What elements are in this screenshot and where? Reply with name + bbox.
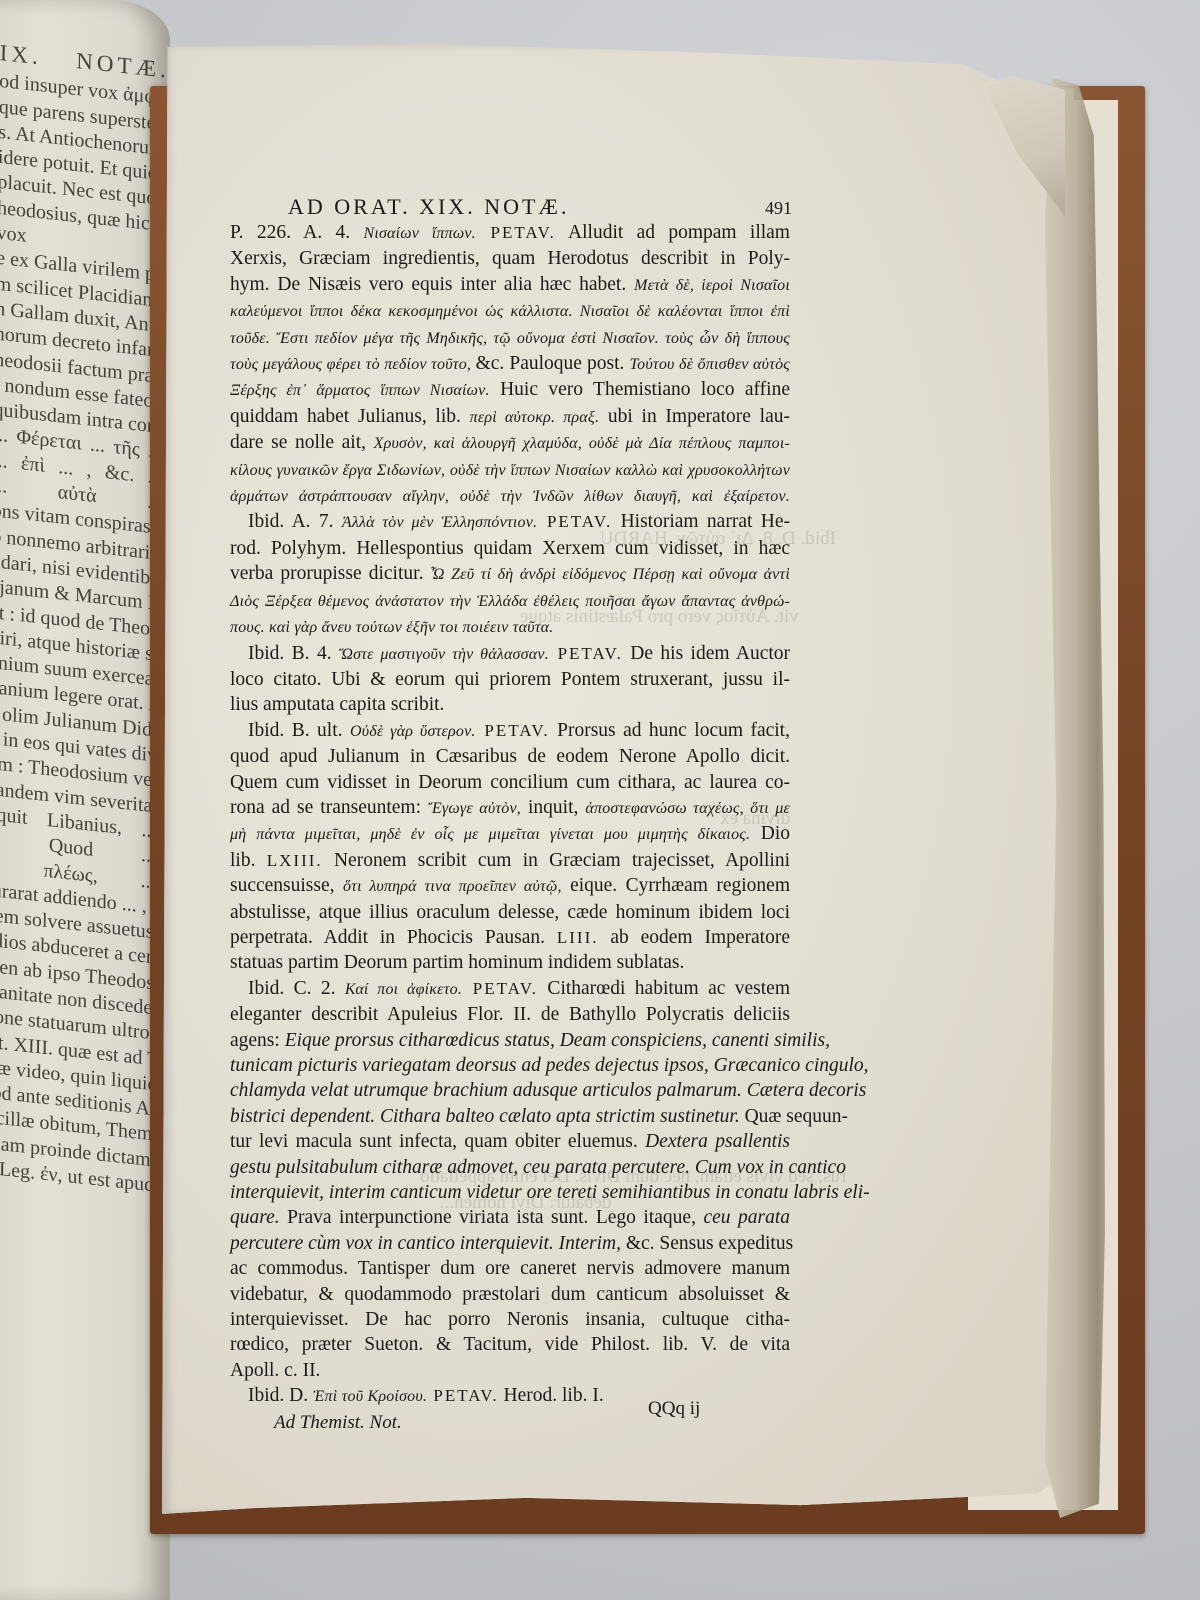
greek-quotation: Ὥστε μαστιγοῦν τὴν θάλασσαν.	[339, 646, 549, 663]
text-line: Ibid. A. 7. Ἀλλὰ τὸν μὲν Ἑλλησπόντιον. P…	[230, 509, 790, 535]
text-segment: Alludit ad pompam illam	[556, 222, 790, 243]
small-caps-text: PETAV.	[549, 644, 623, 663]
text-line: gestu pulsitabulum citharæ admovet, ceu …	[230, 1155, 790, 1180]
greek-quotation: Χρυσὸν, καὶ ἁλουργῆ χλαμύδα, οὐδὲ μὰ Δία…	[374, 435, 790, 452]
text-segment: eique. Cyrrhæam regionem	[562, 875, 790, 896]
text-line: P. 226. A. 4. Νισαίων ἵππων. PETAV. Allu…	[230, 220, 790, 246]
text-line: rœdico, præter Sueton. & Tacitum, vide P…	[230, 1332, 790, 1357]
text-line: μὴ πάντα μιμεῖται, μηδὲ ἐν οἷς με μιμεῖτ…	[230, 821, 790, 847]
text-segment: Herod. lib. I.	[499, 1385, 604, 1406]
text-segment: rœdico, præter Sueton. & Tacitum, vide P…	[230, 1334, 790, 1355]
text-segment: lib.	[230, 850, 267, 871]
text-segment: interquievit, interim canticum videtur o…	[230, 1182, 870, 1203]
text-segment: videbatur, & quodammodo præstolari dum c…	[230, 1284, 790, 1305]
book-photo-scene: IX. NOTÆ. od insuper vox ἀμφίβολονque pa…	[0, 0, 1200, 1600]
text-segment: Neronem scribit cum in Græciam trajeciss…	[323, 850, 790, 871]
text-segment: tur levi macula sunt infecta, quam obite…	[230, 1131, 645, 1152]
text-segment: Ibid. B. 4.	[248, 643, 339, 664]
text-segment: interquievisset. De hac porro Neronis in…	[230, 1309, 790, 1330]
greek-quotation: Καί ποι ἀφίκετο.	[345, 981, 462, 998]
text-segment: perpetrata. Addit in Phocicis Pausan.	[230, 927, 557, 948]
text-segment: Dextera psallentis	[645, 1131, 790, 1152]
text-segment: inquit,	[521, 797, 585, 818]
text-line: Ibid. B. 4. Ὥστε μαστιγοῦν τὴν θάλασσαν.…	[230, 641, 790, 667]
text-line: τοὺς μεγάλους φέρει τὸ πεδίον τοῦτο, &c.…	[230, 351, 790, 377]
text-segment: quare.	[230, 1207, 280, 1228]
text-line: succensuisse, ὅτι λυπηρά τινα προεῖπεν α…	[230, 873, 790, 899]
text-segment: dare se nolle ait,	[230, 432, 374, 453]
text-line: perpetrata. Addit in Phocicis Pausan. LI…	[230, 925, 790, 950]
text-line: loco citato. Ubi & eorum qui priorem Pon…	[230, 667, 790, 692]
page-number: 491	[765, 196, 792, 221]
text-segment: abstulisse, atque illius oraculum deless…	[230, 902, 790, 923]
text-segment: Prava interpunctione viriata ista sunt. …	[280, 1207, 704, 1228]
text-segment: Historiam narrat He-	[612, 511, 790, 532]
greek-quotation: μὴ πάντα μιμεῖται, μηδὲ ἐν οἷς με μιμεῖτ…	[230, 826, 750, 843]
text-segment: Citharœdi habitum ac vestem	[538, 978, 790, 999]
text-line: Ibid. C. 2. Καί ποι ἀφίκετο. PETAV. Cith…	[230, 976, 790, 1002]
greek-quotation: ὅτι λυπηρά τινα προεῖπεν αὐτῷ,	[343, 878, 562, 895]
small-caps-text: PETAV.	[476, 223, 556, 242]
left-page-lines: od insuper vox ἀμφίβολονque parens super…	[0, 69, 169, 1198]
text-line: abstulisse, atque illius oraculum deless…	[230, 900, 790, 925]
small-caps-text: PETAV.	[476, 721, 550, 740]
text-line: ἁρμάτων ἀστράπτουσαν αἴγλην, οὐδὲ τὴν Ἰν…	[230, 483, 790, 509]
greek-quotation: Τούτου δὲ ὄπισθεν αὐτὸς	[630, 356, 790, 373]
text-line: Ibid. D. Ἐπὶ τοῦ Κροίσου. PETAV. Herod. …	[230, 1383, 790, 1409]
text-segment: rod. Polyhym. Hellespontius quidam Xerxe…	[230, 538, 790, 559]
greek-quotation: Ὦ Ζεῦ τί δὴ ἀνδρὶ εἰδόμενος Πέρσῃ καὶ οὔ…	[431, 566, 790, 583]
text-line: Διὸς Ξέρξεα θέμενος ἀνάστατον τὴν Ἑλλάδα…	[230, 588, 790, 614]
text-segment: &c. Pauloque post.	[476, 353, 630, 374]
text-segment: Quem cum vidisset in Deorum concilium cu…	[230, 772, 790, 793]
text-segment: P. 226. A. 4.	[230, 222, 363, 243]
greek-quotation: καλεύμενοι ἵπποι δέκα κεκοσμημένοι ὡς κά…	[230, 303, 790, 320]
text-line: interquievit, interim canticum videtur o…	[230, 1180, 790, 1205]
text-line: percutere cùm vox in cantico interquievi…	[230, 1231, 790, 1256]
text-segment: Eique prorsus citharœdicus status, Deam …	[285, 1030, 830, 1051]
text-line: ac commodus. Tantisper dum ore caneret n…	[230, 1256, 790, 1281]
small-caps-text: PETAV.	[462, 979, 538, 998]
text-segment: agens:	[230, 1030, 285, 1051]
text-segment: eleganter describit Apuleius Flor. II. d…	[230, 1004, 790, 1025]
greek-quotation: Ἀλλὰ τὸν μὲν Ἑλλησπόντιον.	[342, 514, 537, 531]
text-segment: ceu parata	[703, 1207, 790, 1228]
text-segment: quiddam habet Julianus, lib.	[230, 406, 470, 427]
text-segment: ab eodem Imperatore	[598, 927, 790, 948]
text-line: καλεύμενοι ἵπποι δέκα κεκοσμημένοι ὡς κά…	[230, 298, 790, 324]
text-line: Quem cum vidisset in Deorum concilium cu…	[230, 770, 790, 795]
greek-quotation: τοὺς μεγάλους φέρει τὸ πεδίον τοῦτο,	[230, 356, 476, 373]
text-segment: gestu pulsitabulum citharæ admovet, ceu …	[230, 1157, 846, 1178]
text-segment: &c. Sensus expeditus	[621, 1233, 793, 1254]
text-line: statuas partim Deorum partim hominum ind…	[230, 950, 790, 975]
greek-quotation: Ξέρξης ἐπ᾽ ἅρματος ἵππων Νισαίων.	[230, 382, 490, 399]
text-line: Ibid. B. ult. Οὐδὲ γὰρ ὕστερον. PETAV. P…	[230, 718, 790, 744]
text-line: hym. De Nisæis vero equis inter alia hæc…	[230, 272, 790, 298]
text-segment: rona ad se transeuntem:	[230, 797, 428, 818]
running-title: AD ORAT. XIX. NOTÆ.	[288, 194, 569, 219]
greek-quotation: κίλους γυναικῶν ἔργα Σιδωνίων, οὐδὲ τὴν …	[230, 462, 790, 479]
text-line: τοῦδε. Ἔστι πεδίον μέγα τῆς Μηδικῆς, τῷ …	[230, 325, 790, 351]
text-line: lib. LXIII. Neronem scribit cum in Græci…	[230, 848, 790, 873]
signature-mark: QQq ij	[648, 1396, 700, 1421]
text-segment: Prorsus ad hunc locum facit,	[550, 720, 790, 741]
text-line: quod apud Julianum in Cæsaribus de eodem…	[230, 744, 790, 769]
greek-quotation: τοῦδε. Ἔστι πεδίον μέγα τῆς Μηδικῆς, τῷ …	[230, 330, 790, 347]
page-footer: Ad Themist. Not. QQq ij	[230, 1410, 790, 1436]
text-segment: Quæ sequun-	[740, 1106, 848, 1127]
text-line: Apoll. c. II.	[230, 1358, 790, 1383]
text-segment: chlamyda velat utrumque brachium adusque…	[230, 1080, 866, 1101]
text-segment: lius amputata capita scribit.	[230, 694, 444, 715]
text-segment: ubi in Imperatore lau-	[599, 406, 790, 427]
greek-quotation: Διὸς Ξέρξεα θέμενος ἀνάστατον τὴν Ἑλλάδα…	[230, 593, 790, 610]
text-segment: Ibid. C. 2.	[248, 978, 345, 999]
greek-quotation: Οὐδὲ γὰρ ὕστερον.	[350, 723, 476, 740]
small-caps-text: LIII.	[557, 928, 599, 947]
text-line: rod. Polyhym. Hellespontius quidam Xerxe…	[230, 536, 790, 561]
greek-quotation: ἁρμάτων ἀστράπτουσαν αἴγλην, οὐδὲ τὴν Ἰν…	[230, 488, 790, 505]
text-line: dare se nolle ait, Χρυσὸν, καὶ ἁλουργῆ χ…	[230, 430, 790, 456]
greek-quotation: Ἔγωγε αὐτὸν,	[428, 800, 521, 817]
greek-quotation: περὶ αὐτοκρ. πραξ.	[470, 409, 600, 426]
body-text: P. 226. A. 4. Νισαίων ἵππων. PETAV. Allu…	[230, 220, 790, 1410]
text-line: chlamyda velat utrumque brachium adusque…	[230, 1078, 790, 1103]
catchword: Ad Themist. Not.	[274, 1410, 402, 1435]
greek-quotation: πους. καὶ γὰρ ἄνευ τούτων ἐξῆν τοι ποιέε…	[230, 619, 553, 636]
small-caps-text: PETAV.	[427, 1386, 499, 1405]
text-segment: Ibid. A. 7.	[248, 511, 342, 532]
text-line: eleganter describit Apuleius Flor. II. d…	[230, 1002, 790, 1027]
text-line: Xerxis, Græciam ingredientis, quam Herod…	[230, 246, 790, 271]
text-line: Ξέρξης ἐπ᾽ ἅρματος ἵππων Νισαίων. Huic v…	[230, 377, 790, 403]
left-page-verso: IX. NOTÆ. od insuper vox ἀμφίβολονque pa…	[0, 0, 170, 1600]
greek-quotation: Μετὰ δὲ, ἱεροὶ Νισαῖοι	[634, 277, 790, 294]
text-segment: bistrici dependent. Cithara balteo cælat…	[230, 1106, 740, 1127]
text-line: bistrici dependent. Cithara balteo cælat…	[230, 1104, 790, 1129]
text-segment: loco citato. Ubi & eorum qui priorem Pon…	[230, 669, 790, 690]
text-line: κίλους γυναικῶν ἔργα Σιδωνίων, οὐδὲ τὴν …	[230, 457, 790, 483]
text-segment: ac commodus. Tantisper dum ore caneret n…	[230, 1258, 790, 1279]
text-segment: statuas partim Deorum partim hominum ind…	[230, 952, 684, 973]
greek-quotation: ἀποστεφανώσω ταχέως, ὅτι με	[585, 800, 790, 817]
greek-quotation: Ἐπὶ τοῦ Κροίσου.	[313, 1388, 427, 1405]
text-segment: Ibid. D.	[248, 1385, 313, 1406]
text-segment: quod apud Julianum in Cæsaribus de eodem…	[230, 746, 790, 767]
text-line: quare. Prava interpunctione viriata ista…	[230, 1205, 790, 1230]
text-line: πους. καὶ γὰρ ἄνευ τούτων ἐξῆν τοι ποιέε…	[230, 614, 790, 640]
running-head: AD ORAT. XIX. NOTÆ. 491	[230, 194, 790, 220]
text-segment: hym. De Nisæis vero equis inter alia hæc…	[230, 274, 634, 295]
text-line: quiddam habet Julianus, lib. περὶ αὐτοκρ…	[230, 404, 790, 430]
small-caps-text: LXIII.	[267, 851, 323, 870]
text-segment: succensuisse,	[230, 875, 343, 896]
text-segment: Xerxis, Græciam ingredientis, quam Herod…	[230, 248, 790, 269]
text-line: agens: Eique prorsus citharœdicus status…	[230, 1028, 790, 1053]
left-page-text: IX. NOTÆ. od insuper vox ἀμφίβολονque pa…	[0, 40, 170, 1198]
text-line: rona ad se transeuntem: Ἔγωγε αὐτὸν, inq…	[230, 795, 790, 821]
text-segment: De his idem Auctor	[623, 643, 790, 664]
text-segment: Apoll. c. II.	[230, 1360, 320, 1381]
text-line: tunicam picturis variegatam deorsus ad p…	[230, 1053, 790, 1078]
text-segment: Ibid. B. ult.	[248, 720, 350, 741]
text-line: verba prorupisse dicitur. Ὦ Ζεῦ τί δὴ ἀν…	[230, 561, 790, 587]
text-segment: percutere cùm vox in cantico interquievi…	[230, 1233, 621, 1254]
text-segment: verba prorupisse dicitur.	[230, 563, 431, 584]
text-line: interquievisset. De hac porro Neronis in…	[230, 1307, 790, 1332]
text-segment: Huic vero Themistiano loco affine	[490, 379, 790, 400]
text-line: lius amputata capita scribit.	[230, 692, 790, 717]
greek-quotation: Νισαίων ἵππων.	[363, 225, 475, 242]
page-text-block: AD ORAT. XIX. NOTÆ. 491 P. 226. A. 4. Νι…	[230, 194, 790, 1436]
text-line: tur levi macula sunt infecta, quam obite…	[230, 1129, 790, 1154]
text-segment: Dio	[750, 823, 790, 844]
small-caps-text: PETAV.	[537, 512, 612, 531]
text-line: videbatur, & quodammodo præstolari dum c…	[230, 1282, 790, 1307]
text-segment: tunicam picturis variegatam deorsus ad p…	[230, 1055, 869, 1076]
